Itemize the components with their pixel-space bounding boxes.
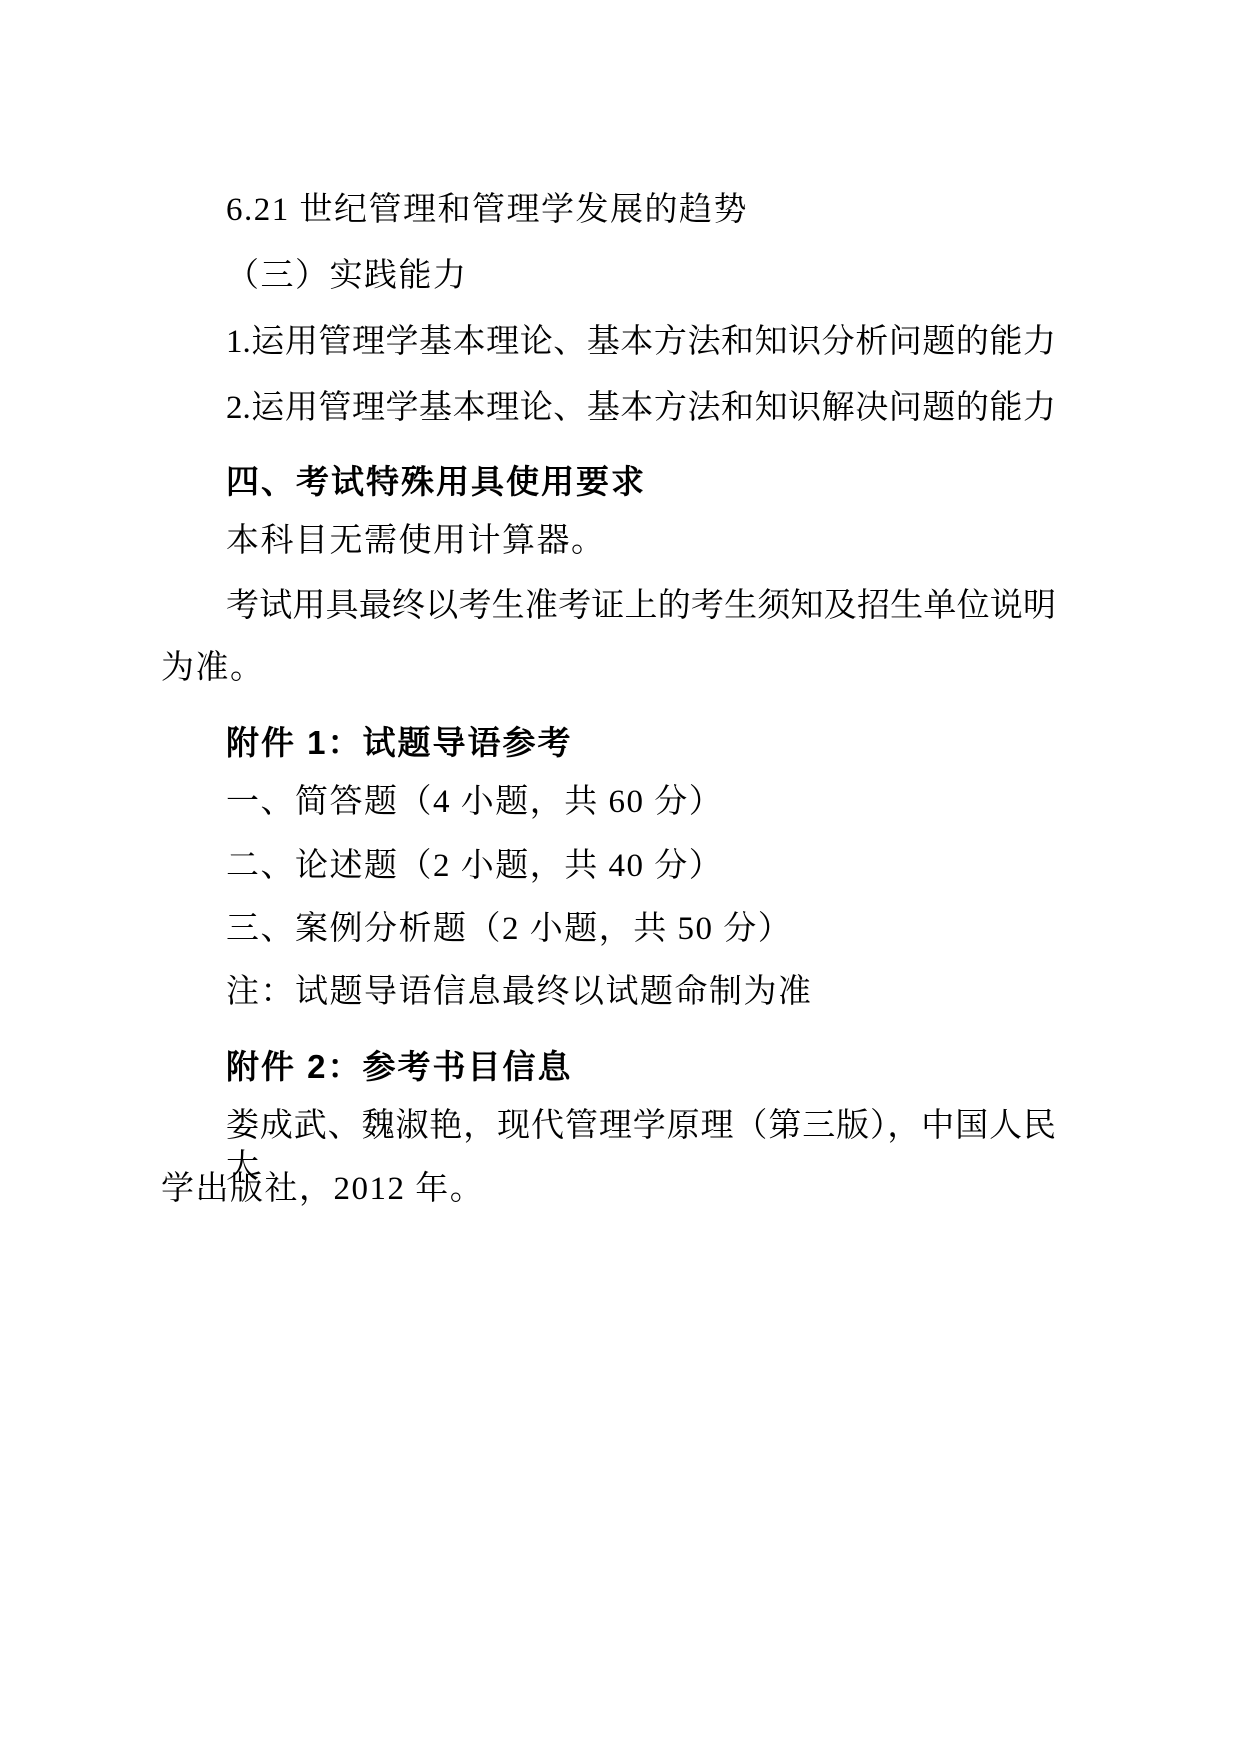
line-apply-solve: 2.运用管理学基本理论、基本方法和知识解决问题的能力 (226, 388, 1056, 429)
line-question-type-2: 二、论述题（2 小题，共 40 分） (226, 846, 723, 887)
line-practice-ability: （三）实践能力 (226, 256, 468, 297)
line-question-type-1: 一、简答题（4 小题，共 60 分） (226, 782, 723, 823)
line-apply-analyze: 1.运用管理学基本理论、基本方法和知识分析问题的能力 (226, 322, 1056, 363)
heading-special-tools: 四、考试特殊用具使用要求 (226, 461, 646, 502)
line-trend-21century: 6.21 世纪管理和管理学发展的趋势 (226, 190, 748, 231)
line-question-type-3: 三、案例分析题（2 小题，共 50 分） (226, 909, 792, 950)
line-no-calculator: 本科目无需使用计算器。 (226, 521, 606, 562)
line-exam-tools-note-2: 为准。 (161, 648, 265, 689)
line-reference-book-2: 学出版社，2012 年。 (161, 1169, 484, 1210)
line-exam-tools-note-1: 考试用具最终以考生准考证上的考生须知及招生单位说明 (226, 586, 1056, 627)
heading-attachment-2: 附件 2：参考书目信息 (226, 1046, 573, 1087)
heading-attachment-1: 附件 1：试题导语参考 (226, 722, 573, 763)
line-directive-note: 注：试题导语信息最终以试题命制为准 (226, 972, 813, 1013)
document-page: 6.21 世纪管理和管理学发展的趋势 （三）实践能力 1.运用管理学基本理论、基… (0, 0, 1240, 1754)
